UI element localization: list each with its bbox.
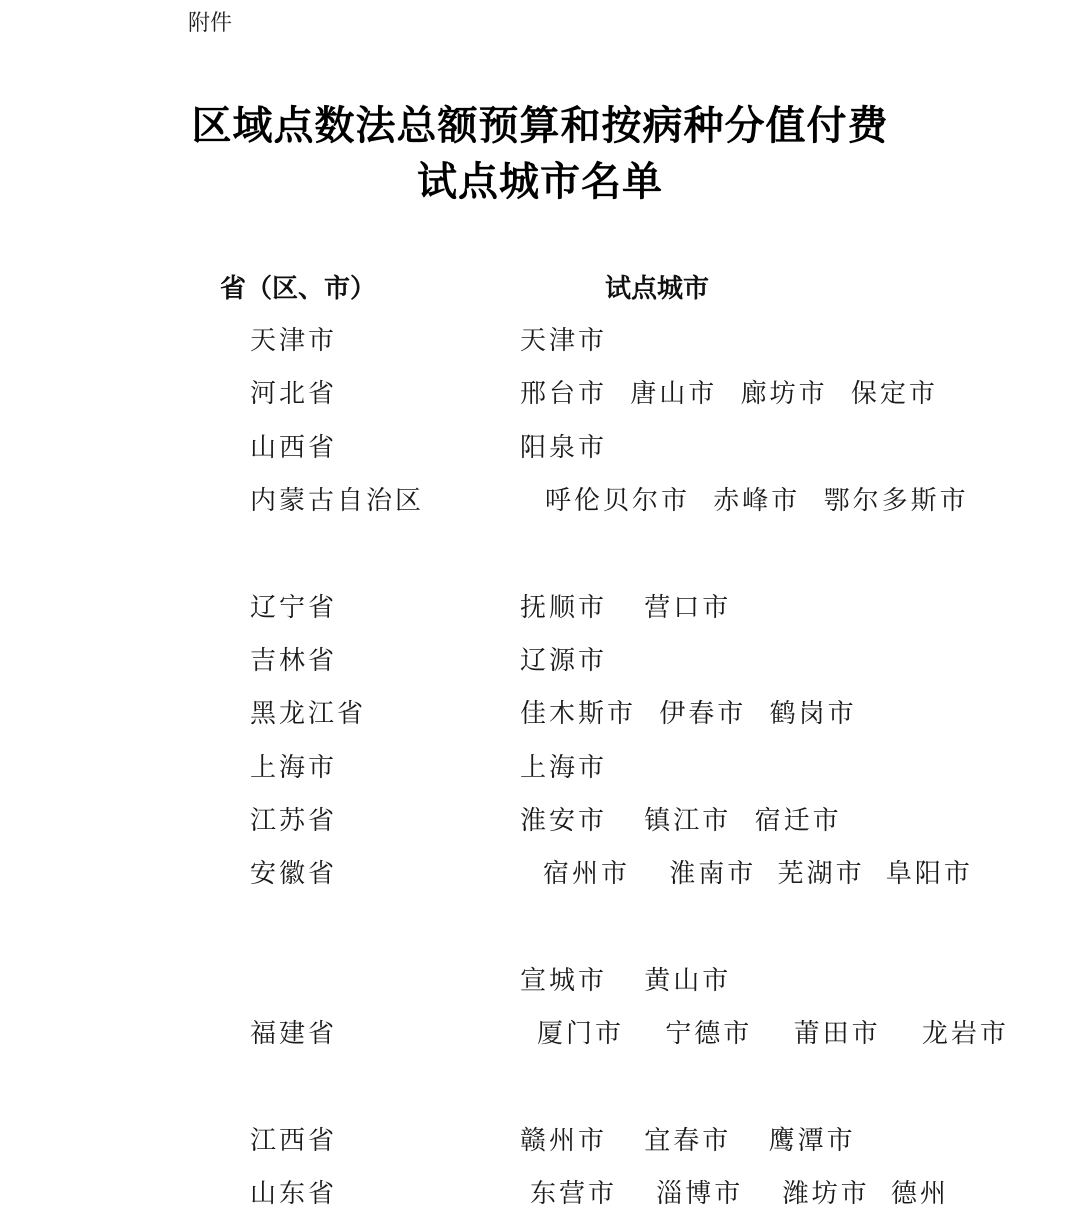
city-list: 淮安市 镇江市 宿迁市: [520, 800, 842, 837]
city-name: 抚顺市: [520, 587, 607, 624]
province-name: 山西省: [250, 427, 337, 464]
table-row: 河北省 邢台市 唐山市 廊坊市 保定市: [0, 373, 1080, 413]
city-name: 芜湖市: [778, 853, 865, 890]
table-row: 福建省 厦门市 宁德市 莆田市 龙岩市: [0, 1013, 1080, 1053]
city-name: 阜阳市: [886, 853, 973, 890]
province-name: 福建省: [250, 1013, 337, 1050]
city-name: 呼伦贝尔市: [545, 480, 690, 517]
city-name: 阳泉市: [520, 427, 607, 464]
table-row: 江苏省 淮安市 镇江市 宿迁市: [0, 800, 1080, 840]
city-name: 鹤岗市: [770, 693, 857, 730]
province-name: 吉林省: [250, 640, 337, 677]
city-name: 赤峰市: [713, 480, 800, 517]
city-list: 呼伦贝尔市 赤峰市 鄂尔多斯市: [545, 480, 969, 517]
city-name: 宁德市: [665, 1013, 752, 1050]
province-name: 黑龙江省: [250, 693, 366, 730]
city-list: 东营市 淄博市 潍坊市 德州: [530, 1173, 949, 1209]
city-list: 邢台市 唐山市 廊坊市 保定市: [520, 373, 938, 410]
table-row: 吉林省 辽源市: [0, 640, 1080, 680]
city-name: 鄂尔多斯市: [824, 480, 969, 517]
city-name: 上海市: [520, 747, 607, 784]
city-list: 辽源市: [520, 640, 607, 677]
city-name: 赣州市: [520, 1120, 607, 1157]
city-name: 黄山市: [644, 960, 731, 997]
city-name: 东营市: [530, 1173, 617, 1209]
city-name: 宣城市: [520, 960, 607, 997]
table-row: 宣城市 黄山市: [0, 960, 1080, 1000]
province-name: 河北省: [250, 373, 337, 410]
city-list: 宿州市 淮南市 芜湖市 阜阳市: [543, 853, 973, 890]
column-header-cities: 试点城市: [605, 268, 709, 305]
city-list: 上海市: [520, 747, 607, 784]
city-name: 廊坊市: [741, 373, 828, 410]
table-row: 山西省 阳泉市: [0, 427, 1080, 467]
province-name: 内蒙古自治区: [250, 480, 424, 517]
table-row: 辽宁省 抚顺市 营口市: [0, 587, 1080, 627]
province-name: 江西省: [250, 1120, 337, 1157]
city-name: 伊春市: [659, 693, 746, 730]
city-name: 淮南市: [669, 853, 756, 890]
city-name: 厦门市: [537, 1013, 624, 1050]
document-title-line1: 区域点数法总额预算和按病种分值付费: [0, 94, 1080, 151]
column-header-province: 省（区、市）: [220, 268, 376, 305]
table-row: 天津市 天津市: [0, 320, 1080, 360]
table-row: 上海市 上海市: [0, 747, 1080, 787]
table-row: 山东省 东营市 淄博市 潍坊市 德州: [0, 1173, 1080, 1209]
city-name: 宜春市: [644, 1120, 731, 1157]
city-name: 辽源市: [520, 640, 607, 677]
document-title-line2: 试点城市名单: [0, 150, 1080, 207]
attachment-label: 附件: [188, 6, 232, 37]
city-name: 鹰潭市: [769, 1120, 856, 1157]
city-name: 天津市: [520, 320, 607, 357]
table-row: 江西省 赣州市 宜春市 鹰潭市: [0, 1120, 1080, 1160]
city-list: 阳泉市: [520, 427, 607, 464]
city-list: 宣城市 黄山市: [520, 960, 731, 997]
province-name: 辽宁省: [250, 587, 337, 624]
city-name: 宿州市: [543, 853, 630, 890]
city-name: 保定市: [851, 373, 938, 410]
province-name: 上海市: [250, 747, 337, 784]
city-name: 宿迁市: [755, 800, 842, 837]
city-name: 佳木斯市: [520, 693, 636, 730]
city-name: 淄博市: [656, 1173, 743, 1209]
city-name: 潍坊市: [783, 1173, 870, 1209]
city-list: 厦门市 宁德市 莆田市 龙岩市: [537, 1013, 1009, 1050]
city-name: 邢台市: [520, 373, 607, 410]
province-name: 安徽省: [250, 853, 337, 890]
table-row: 安徽省 宿州市 淮南市 芜湖市 阜阳市: [0, 853, 1080, 893]
city-list: 赣州市 宜春市 鹰潭市: [520, 1120, 856, 1157]
city-name: 营口市: [644, 587, 731, 624]
province-name: 山东省: [250, 1173, 337, 1209]
city-name: 莆田市: [794, 1013, 881, 1050]
table-row: 黑龙江省 佳木斯市 伊春市 鹤岗市: [0, 693, 1080, 733]
table-row: 内蒙古自治区 呼伦贝尔市 赤峰市 鄂尔多斯市: [0, 480, 1080, 520]
city-name: 淮安市: [520, 800, 607, 837]
province-name: 江苏省: [250, 800, 337, 837]
province-name: 天津市: [250, 320, 337, 357]
city-name: 唐山市: [630, 373, 717, 410]
city-name: 德州: [891, 1173, 949, 1209]
city-list: 抚顺市 营口市: [520, 587, 731, 624]
city-name: 龙岩市: [922, 1013, 1009, 1050]
city-name: 镇江市: [644, 800, 731, 837]
city-list: 天津市: [520, 320, 607, 357]
city-list: 佳木斯市 伊春市 鹤岗市: [520, 693, 857, 730]
